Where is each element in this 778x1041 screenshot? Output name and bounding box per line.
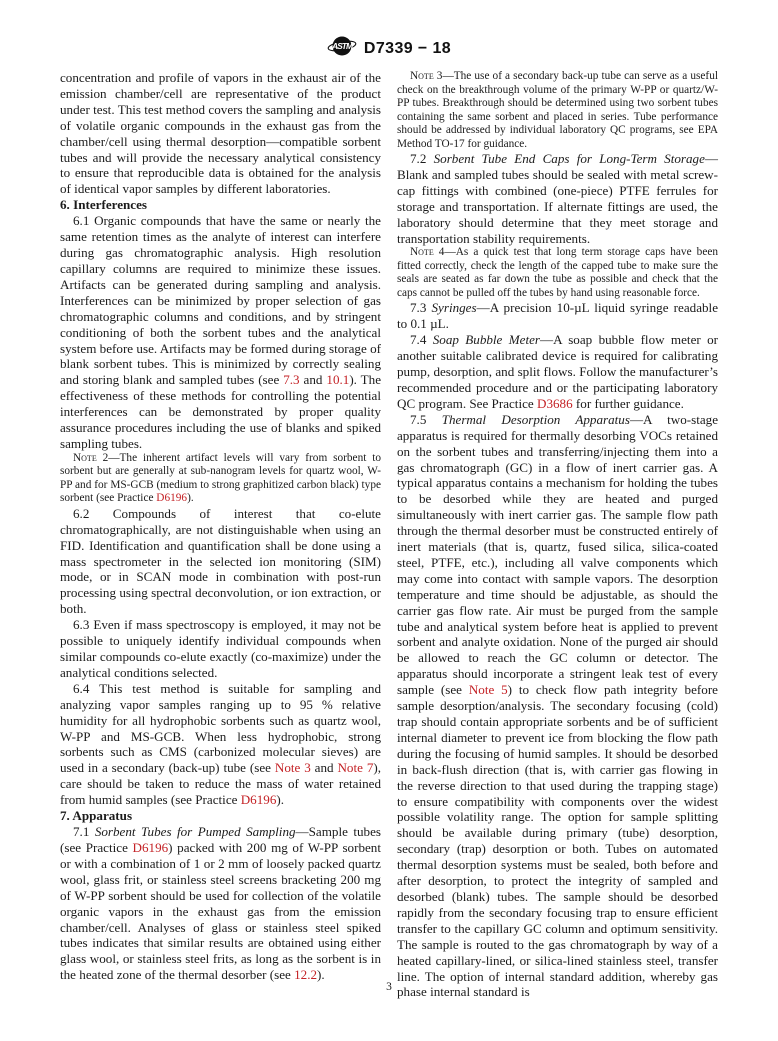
page-header: ASTM D7339 − 18 bbox=[0, 34, 778, 63]
doc-link[interactable]: D3686 bbox=[537, 396, 573, 411]
page-number: 3 bbox=[0, 981, 778, 993]
standard-designation: D7339 − 18 bbox=[364, 40, 451, 58]
body-paragraph: 6.3 Even if mass spectroscopy is employe… bbox=[60, 617, 381, 681]
text-run: Note 4 bbox=[410, 246, 444, 258]
text-run: 7. Apparatus bbox=[60, 808, 132, 823]
doc-link[interactable]: D6196 bbox=[133, 840, 169, 855]
text-run: for further guidance. bbox=[573, 396, 684, 411]
body-paragraph: 6.2 Compounds of interest that co-elute … bbox=[60, 506, 381, 617]
note-paragraph: Note 3—The use of a secondary back-up tu… bbox=[397, 70, 718, 151]
doc-link[interactable]: D6196 bbox=[156, 492, 187, 504]
text-run: ) to check flow path integrity before sa… bbox=[397, 682, 718, 999]
body-paragraph: 7.5 Thermal Desorption Apparatus—A two-s… bbox=[397, 412, 718, 1001]
text-run: and bbox=[311, 760, 338, 775]
text-run: and bbox=[300, 372, 327, 387]
text-run: Thermal Desorption Apparatus bbox=[442, 412, 630, 427]
doc-link[interactable]: 7.3 bbox=[283, 372, 299, 387]
doc-link[interactable]: 10.1 bbox=[326, 372, 349, 387]
doc-link[interactable]: Note 7 bbox=[337, 760, 373, 775]
body-paragraph: 6.4 This test method is suitable for sam… bbox=[60, 681, 381, 808]
text-run: 7.4 bbox=[410, 332, 433, 347]
column-left: concentration and profile of vapors in t… bbox=[60, 70, 381, 1000]
text-run: Sorbent Tube End Caps for Long-Term Stor… bbox=[434, 151, 705, 166]
text-run: concentration and profile of vapors in t… bbox=[60, 70, 381, 196]
astm-logo-icon: ASTM bbox=[327, 34, 357, 63]
text-run: Soap Bubble Meter bbox=[433, 332, 540, 347]
note-paragraph: Note 4—As a quick test that long term st… bbox=[397, 246, 718, 300]
text-run: 6.2 Compounds of interest that co-elute … bbox=[60, 506, 381, 616]
text-run: —As a quick test that long term storage … bbox=[397, 246, 718, 299]
doc-link[interactable]: Note 5 bbox=[469, 682, 508, 697]
doc-link[interactable]: Note 3 bbox=[275, 760, 311, 775]
svg-text:ASTM: ASTM bbox=[331, 41, 354, 51]
text-run: ) packed with 200 mg of W-PP sorbent or … bbox=[60, 840, 381, 982]
body-paragraph: 7.1 Sorbent Tubes for Pumped Sampling—Sa… bbox=[60, 824, 381, 983]
text-run: 6.3 Even if mass spectroscopy is employe… bbox=[60, 617, 381, 680]
body-paragraph: 7.3 Syringes—A precision 10-µL liquid sy… bbox=[397, 300, 718, 332]
body-paragraph: 7.2 Sorbent Tube End Caps for Long-Term … bbox=[397, 151, 718, 246]
section-heading: 6. Interferences bbox=[60, 197, 381, 213]
text-run: Note 2 bbox=[73, 452, 108, 464]
body-paragraph: 6.1 Organic compounds that have the same… bbox=[60, 213, 381, 452]
text-run: —The inherent artifact levels will vary … bbox=[60, 452, 381, 505]
doc-link[interactable]: D6196 bbox=[241, 792, 277, 807]
text-run: 7.2 bbox=[410, 151, 434, 166]
text-run: 7.3 bbox=[410, 300, 432, 315]
text-run: 6.1 Organic compounds that have the same… bbox=[60, 213, 381, 387]
document-body: concentration and profile of vapors in t… bbox=[60, 70, 718, 1000]
column-right: Note 3—The use of a secondary back-up tu… bbox=[397, 70, 718, 1000]
text-run: 6. Interferences bbox=[60, 197, 147, 212]
body-paragraph: 7.4 Soap Bubble Meter—A soap bubble flow… bbox=[397, 332, 718, 412]
text-run: ). bbox=[317, 967, 325, 982]
text-run: 7.1 bbox=[73, 824, 95, 839]
text-run: ). bbox=[187, 492, 194, 504]
body-paragraph: concentration and profile of vapors in t… bbox=[60, 70, 381, 197]
text-run: Syringes bbox=[432, 300, 477, 315]
text-run: ). bbox=[276, 792, 284, 807]
text-run: Sorbent Tubes for Pumped Sampling bbox=[95, 824, 296, 839]
text-run: —The use of a secondary back-up tube can… bbox=[397, 70, 718, 150]
doc-link[interactable]: 12.2 bbox=[294, 967, 317, 982]
section-heading: 7. Apparatus bbox=[60, 808, 381, 824]
text-run: 7.5 bbox=[410, 412, 442, 427]
note-paragraph: Note 2—The inherent artifact levels will… bbox=[60, 452, 381, 506]
text-run: Note 3 bbox=[410, 70, 442, 82]
text-run: —A two-stage apparatus is required for t… bbox=[397, 412, 718, 697]
